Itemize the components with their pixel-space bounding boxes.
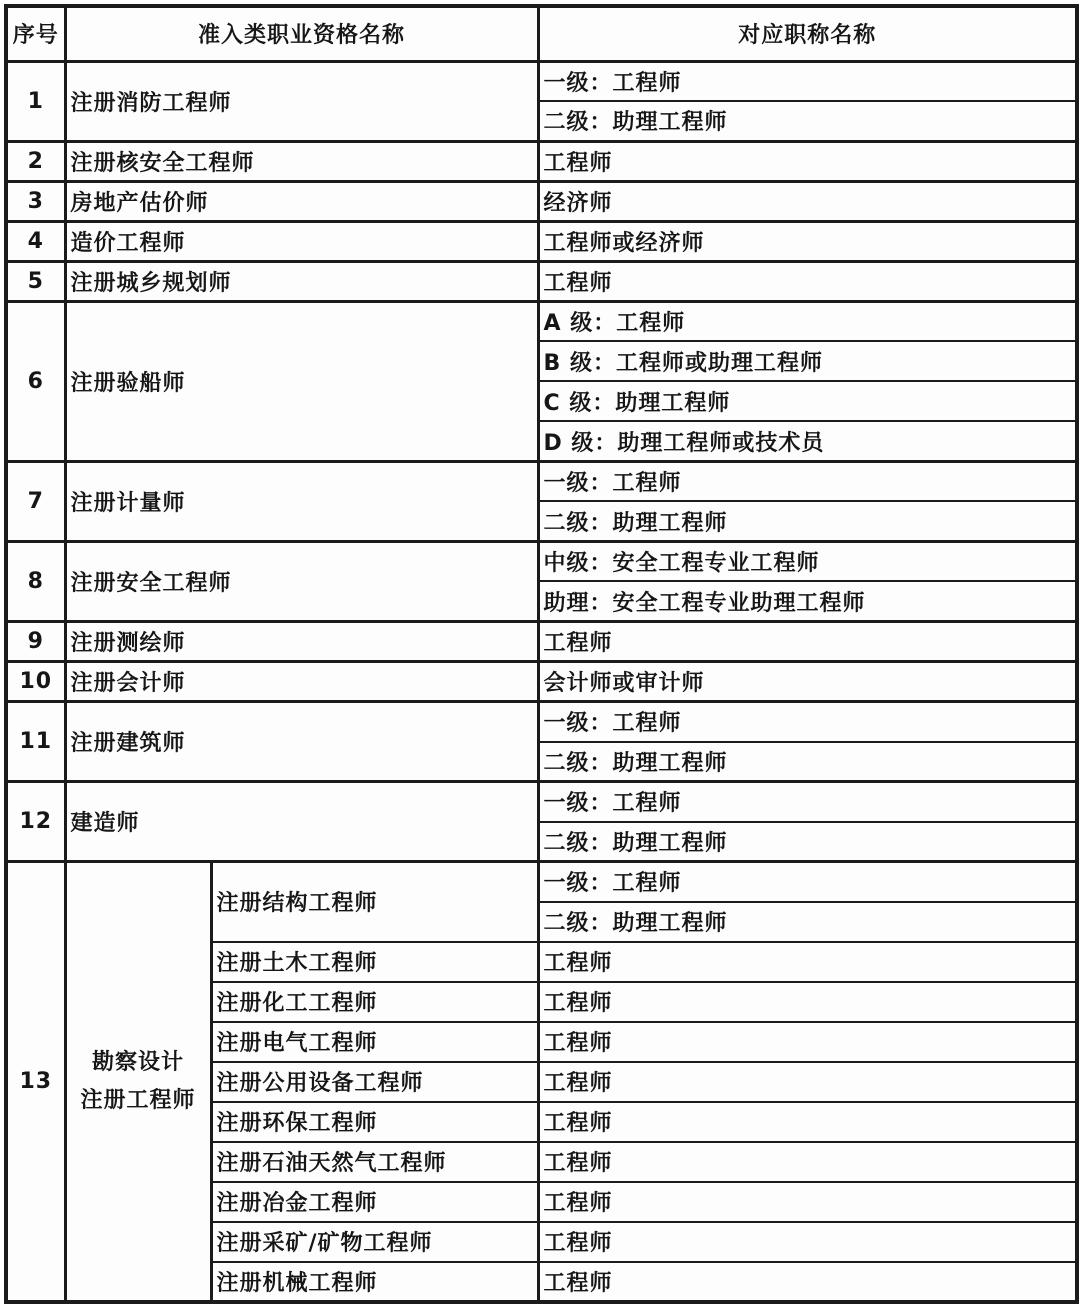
row-no: 8 bbox=[6, 541, 65, 621]
title-name: 一级：工程师 bbox=[538, 702, 1077, 742]
title-name: 二级：助理工程师 bbox=[538, 902, 1077, 942]
title-name: 工程师 bbox=[538, 1142, 1077, 1182]
row-no: 10 bbox=[6, 661, 65, 701]
title-name: 工程师 bbox=[538, 1262, 1077, 1302]
title-name: 工程师 bbox=[538, 942, 1077, 982]
row-no: 1 bbox=[6, 61, 65, 141]
row-no: 3 bbox=[6, 181, 65, 221]
title-name: 工程师 bbox=[538, 1182, 1077, 1222]
qualification-name: 房地产估价师 bbox=[65, 181, 538, 221]
qualification-name: 注册核安全工程师 bbox=[65, 141, 538, 181]
qualification-name: 注册安全工程师 bbox=[65, 541, 538, 621]
title-name: B 级：工程师或助理工程师 bbox=[538, 341, 1077, 381]
title-name: C 级：助理工程师 bbox=[538, 381, 1077, 421]
title-name: 二级：助理工程师 bbox=[538, 742, 1077, 782]
sub-qualification-name: 注册化工工程师 bbox=[211, 982, 538, 1022]
table-row: 8 注册安全工程师 中级：安全工程专业工程师 bbox=[6, 541, 1077, 581]
row-no: 7 bbox=[6, 461, 65, 541]
title-name: 一级：工程师 bbox=[538, 461, 1077, 501]
qualification-name: 注册测绘师 bbox=[65, 621, 538, 661]
sub-qualification-name: 注册环保工程师 bbox=[211, 1102, 538, 1142]
title-name: A 级：工程师 bbox=[538, 301, 1077, 341]
sub-qualification-name: 注册机械工程师 bbox=[211, 1262, 538, 1302]
table-row: 1 注册消防工程师 一级：工程师 bbox=[6, 61, 1077, 101]
title-name: 工程师 bbox=[538, 1062, 1077, 1102]
table-row: 3 房地产估价师 经济师 bbox=[6, 181, 1077, 221]
qualification-name: 注册建筑师 bbox=[65, 702, 538, 782]
header-no: 序号 bbox=[6, 6, 65, 61]
table-row: 13 勘察设计 注册工程师 注册结构工程师 一级：工程师 bbox=[6, 862, 1077, 902]
title-name: 一级：工程师 bbox=[538, 862, 1077, 902]
title-name: 工程师 bbox=[538, 1022, 1077, 1062]
title-name: 中级：安全工程专业工程师 bbox=[538, 541, 1077, 581]
sub-qualification-name: 注册土木工程师 bbox=[211, 942, 538, 982]
header-qualification: 准入类职业资格名称 bbox=[65, 6, 538, 61]
row-no: 4 bbox=[6, 221, 65, 261]
sub-qualification-name: 注册电气工程师 bbox=[211, 1022, 538, 1062]
title-name: 工程师 bbox=[538, 982, 1077, 1022]
title-name: 一级：工程师 bbox=[538, 61, 1077, 101]
qualification-name: 注册消防工程师 bbox=[65, 61, 538, 141]
table-row: 5 注册城乡规划师 工程师 bbox=[6, 261, 1077, 301]
title-name: D 级：助理工程师或技术员 bbox=[538, 421, 1077, 461]
row-no: 13 bbox=[6, 862, 65, 1302]
qualification-name: 注册验船师 bbox=[65, 301, 538, 461]
table-row: 11 注册建筑师 一级：工程师 bbox=[6, 702, 1077, 742]
qualification-name: 造价工程师 bbox=[65, 221, 538, 261]
title-name: 工程师或经济师 bbox=[538, 221, 1077, 261]
title-name: 助理：安全工程专业助理工程师 bbox=[538, 581, 1077, 621]
title-name: 会计师或审计师 bbox=[538, 661, 1077, 701]
qualification-name: 注册会计师 bbox=[65, 661, 538, 701]
qualification-name: 注册计量师 bbox=[65, 461, 538, 541]
sub-qualification-name: 注册结构工程师 bbox=[211, 862, 538, 942]
table-row: 10 注册会计师 会计师或审计师 bbox=[6, 661, 1077, 701]
sub-qualification-name: 注册公用设备工程师 bbox=[211, 1062, 538, 1102]
qualification-name: 勘察设计 注册工程师 bbox=[65, 862, 211, 1302]
qualification-title-table: 序号 准入类职业资格名称 对应职称名称 1 注册消防工程师 一级：工程师 二级：… bbox=[4, 4, 1079, 1304]
title-name: 一级：工程师 bbox=[538, 782, 1077, 822]
title-name: 工程师 bbox=[538, 261, 1077, 301]
title-name: 经济师 bbox=[538, 181, 1077, 221]
sub-qualification-name: 注册采矿/矿物工程师 bbox=[211, 1222, 538, 1262]
title-name: 工程师 bbox=[538, 141, 1077, 181]
row-no: 12 bbox=[6, 782, 65, 862]
header-title: 对应职称名称 bbox=[538, 6, 1077, 61]
sub-qualification-name: 注册石油天然气工程师 bbox=[211, 1142, 538, 1182]
qualification-name: 建造师 bbox=[65, 782, 538, 862]
table-row: 9 注册测绘师 工程师 bbox=[6, 621, 1077, 661]
table-row: 7 注册计量师 一级：工程师 bbox=[6, 461, 1077, 501]
qualification-name-line: 注册工程师 bbox=[71, 1082, 206, 1120]
qualification-name: 注册城乡规划师 bbox=[65, 261, 538, 301]
title-name: 工程师 bbox=[538, 1102, 1077, 1142]
qualification-name-line: 勘察设计 bbox=[71, 1044, 206, 1082]
sub-qualification-name: 注册冶金工程师 bbox=[211, 1182, 538, 1222]
row-no: 11 bbox=[6, 702, 65, 782]
title-name: 工程师 bbox=[538, 621, 1077, 661]
title-name: 工程师 bbox=[538, 1222, 1077, 1262]
row-no: 2 bbox=[6, 141, 65, 181]
title-name: 二级：助理工程师 bbox=[538, 101, 1077, 141]
row-no: 6 bbox=[6, 301, 65, 461]
page-background: 序号 准入类职业资格名称 对应职称名称 1 注册消防工程师 一级：工程师 二级：… bbox=[0, 0, 1080, 1309]
row-no: 5 bbox=[6, 261, 65, 301]
header-row: 序号 准入类职业资格名称 对应职称名称 bbox=[6, 6, 1077, 61]
table-row: 2 注册核安全工程师 工程师 bbox=[6, 141, 1077, 181]
row-no: 9 bbox=[6, 621, 65, 661]
table-row: 12 建造师 一级：工程师 bbox=[6, 782, 1077, 822]
title-name: 二级：助理工程师 bbox=[538, 501, 1077, 541]
title-name: 二级：助理工程师 bbox=[538, 822, 1077, 862]
table-row: 6 注册验船师 A 级：工程师 bbox=[6, 301, 1077, 341]
table-row: 4 造价工程师 工程师或经济师 bbox=[6, 221, 1077, 261]
